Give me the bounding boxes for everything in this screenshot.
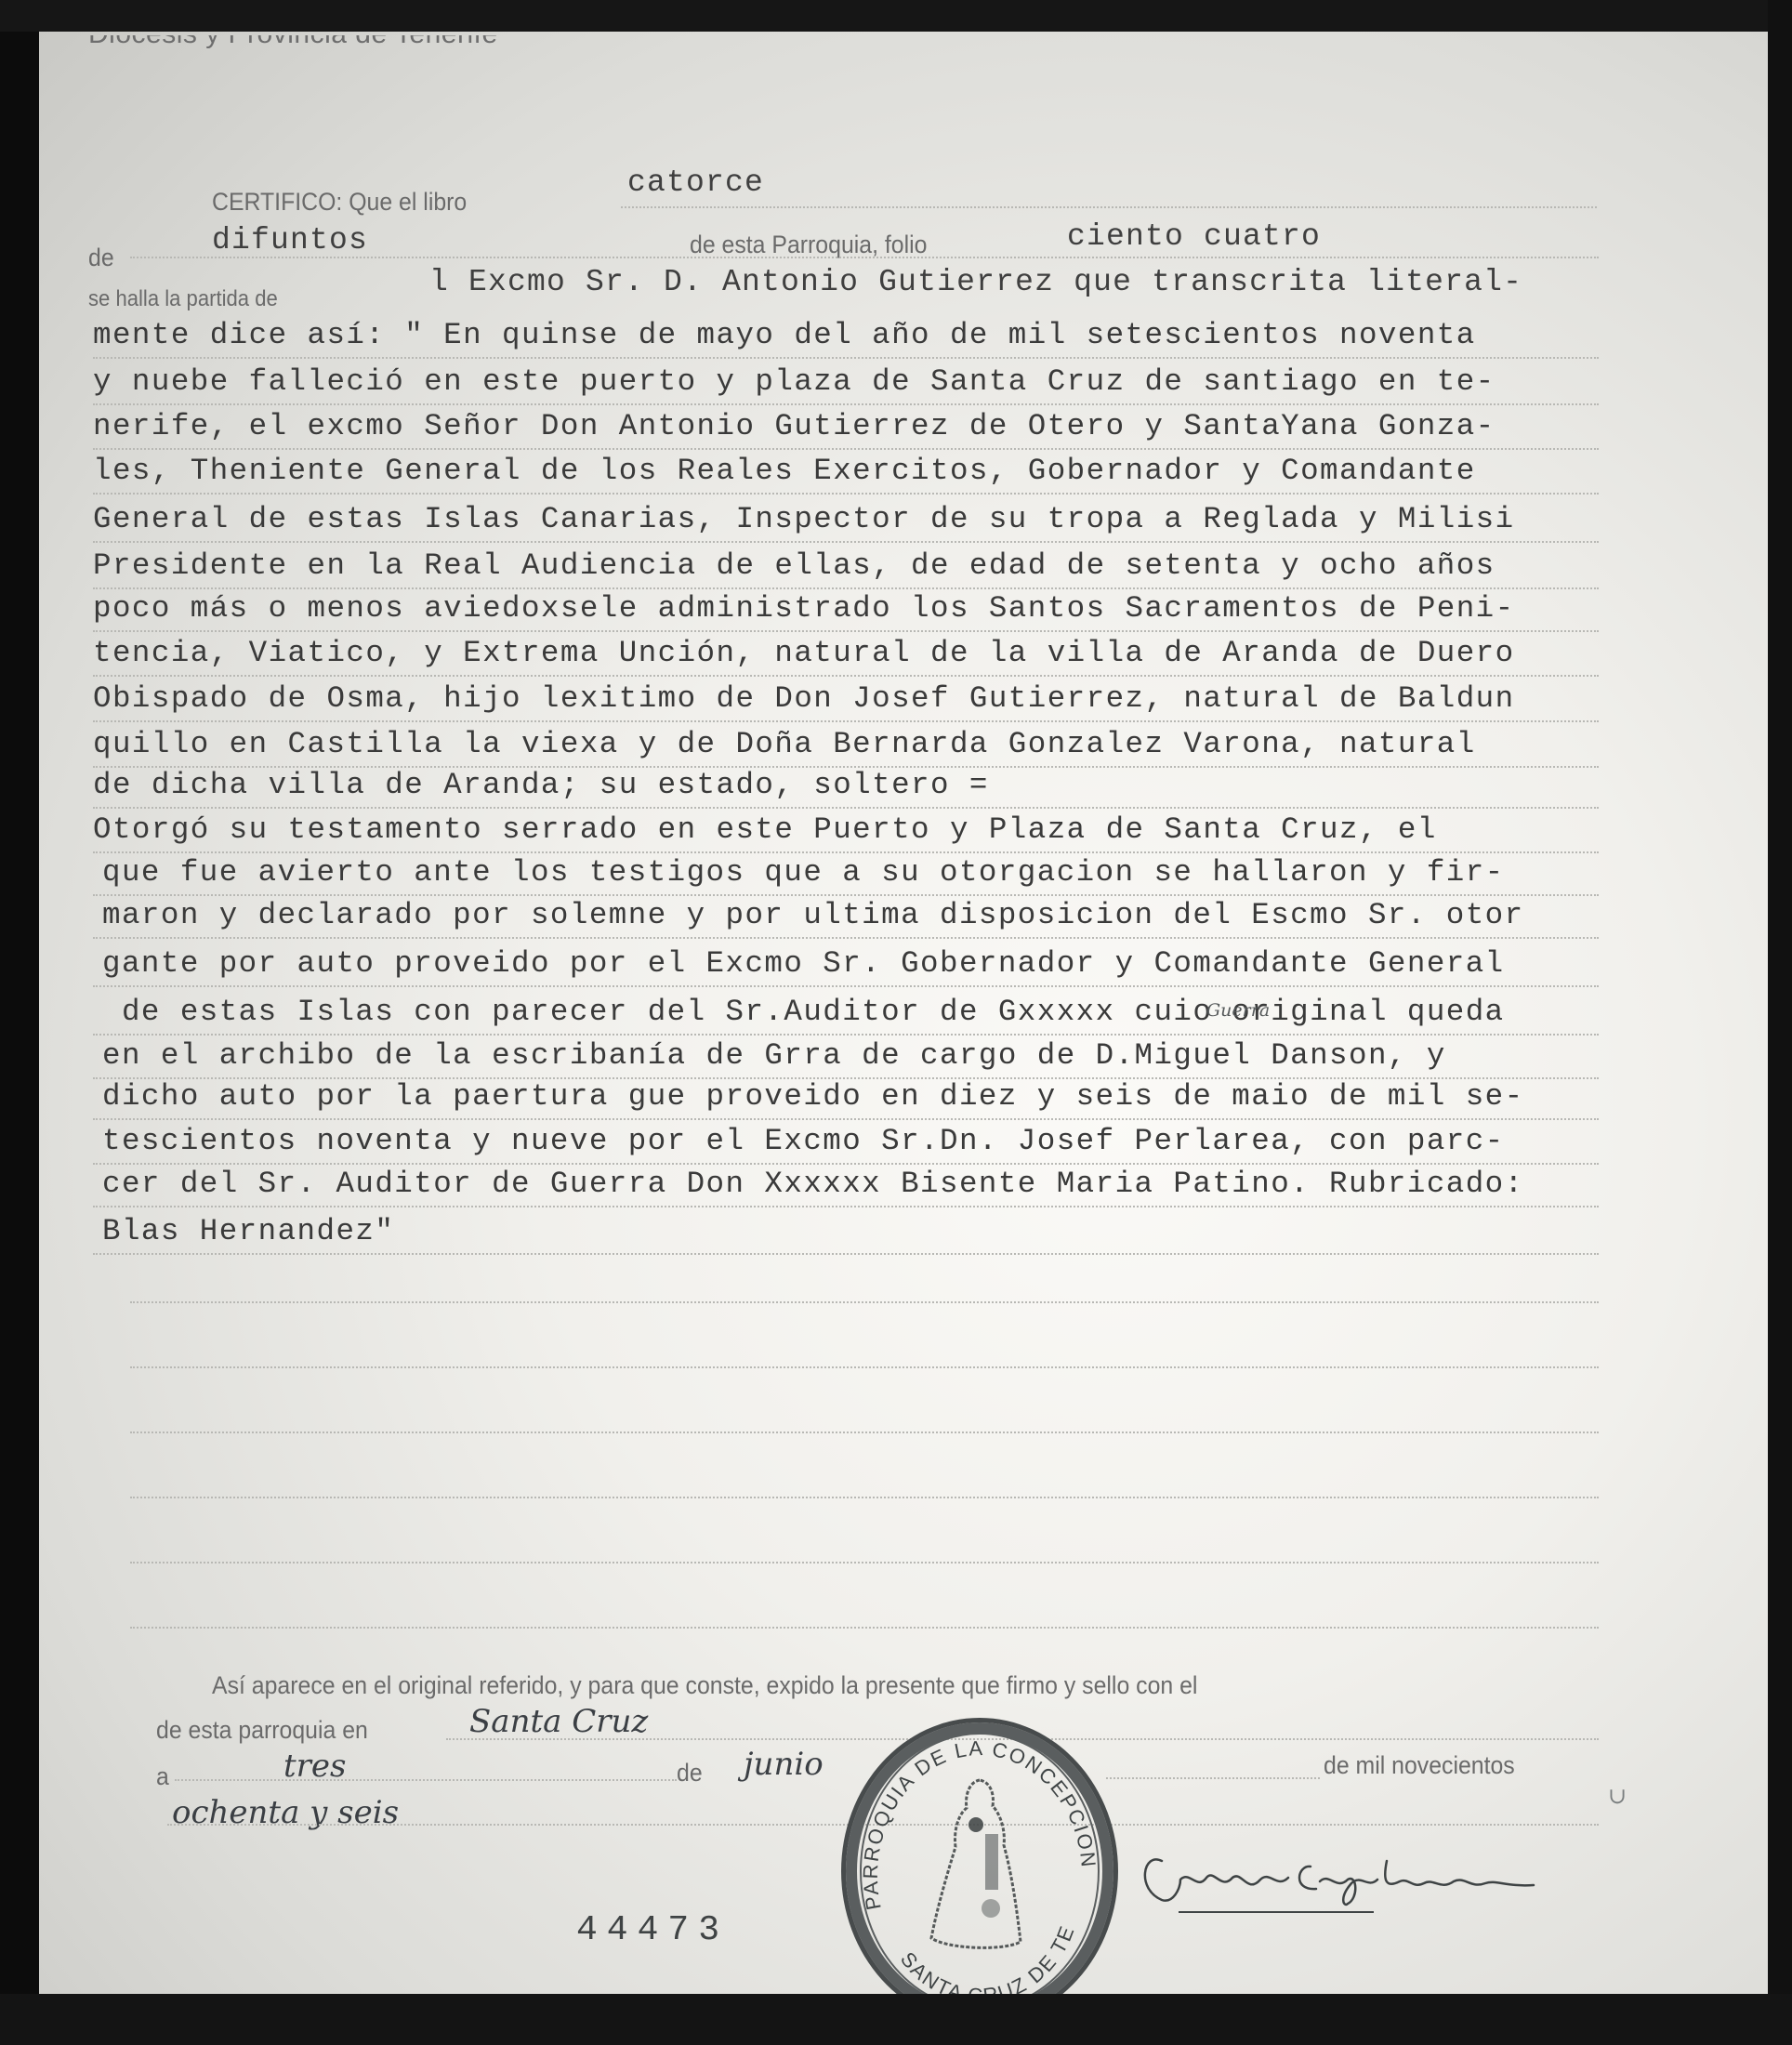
anio-value: ochenta y seis <box>172 1794 399 1831</box>
transcription-line: mente dice así: " En quinse de mayo del … <box>93 318 1476 352</box>
correction-annotation: Guerra <box>1206 1000 1270 1021</box>
ruled-line <box>93 403 1599 405</box>
libro-rule <box>621 206 1597 208</box>
closing-statement: Así aparece en el original referido, y p… <box>212 1671 1495 1700</box>
serial-number: 44473 <box>576 1910 729 1950</box>
ruled-line <box>93 1163 1599 1165</box>
ruled-line <box>93 357 1599 359</box>
scan-top-border <box>0 0 1792 32</box>
ruled-line <box>130 1431 1599 1433</box>
transcription-line: Blas Hernandez" <box>102 1214 394 1248</box>
transcription-line: gante por auto proveido por el Excmo Sr.… <box>102 946 1505 981</box>
certifico-label: CERTIFICO: Que el libro <box>212 188 467 217</box>
transcription-line: poco más o menos aviedoxsele administrad… <box>93 591 1515 626</box>
transcription-line: que fue avierto ante los testigos que a … <box>102 855 1505 890</box>
signature-underline <box>1179 1911 1374 1913</box>
mes-rule <box>1106 1777 1320 1779</box>
transcription-line: y nuebe falleció en este puerto y plaza … <box>93 364 1496 399</box>
de-label: de <box>88 244 114 272</box>
ruled-line <box>93 1118 1599 1120</box>
virgin-figure-icon <box>931 1780 1021 1947</box>
ruled-line <box>130 1562 1599 1563</box>
parroquia-folio-label: de esta Parroquia, folio <box>690 231 927 259</box>
ruled-line <box>130 1497 1599 1498</box>
margin-mark: ∪ <box>1608 1783 1627 1809</box>
scan-bottom-border <box>0 1994 1792 2045</box>
transcription-line: en el archibo de la escribanía de Grra d… <box>102 1038 1446 1073</box>
ruled-line <box>130 1627 1599 1629</box>
libro-tipo-value: difuntos <box>212 223 368 257</box>
transcription-line: quillo en Castilla la viexa y de Doña Be… <box>93 727 1476 761</box>
ruled-line <box>93 630 1599 632</box>
ruled-line <box>93 851 1599 853</box>
ruled-line <box>93 587 1599 589</box>
mes-value: junio <box>744 1746 824 1783</box>
ruled-line <box>93 720 1599 722</box>
transcription-line: les, Theniente General de los Reales Exe… <box>93 454 1476 488</box>
lugar-value: Santa Cruz <box>469 1703 648 1740</box>
ruled-line <box>93 937 1599 939</box>
partida-value: l Excmo Sr. D. Antonio Gutierrez que tra… <box>429 265 1522 299</box>
dia-rule <box>175 1779 677 1781</box>
partida-label: se halla la partida de <box>88 286 278 312</box>
ruled-line <box>93 985 1599 987</box>
libro-value: catorce <box>627 165 764 200</box>
parish-seal: PARROQUIA DE LA CONCEPCION SANTA CRUZ DE… <box>841 1718 1118 2025</box>
ruled-line <box>93 807 1599 809</box>
transcription-line: Obispado de Osma, hijo lexitimo de Don J… <box>93 681 1515 716</box>
ruled-line <box>93 675 1599 677</box>
folio-value: ciento cuatro <box>1067 219 1321 254</box>
transcription-line: maron y declarado por solemne y por ulti… <box>102 898 1524 932</box>
a-label: a <box>156 1762 169 1791</box>
ruled-line <box>93 493 1599 495</box>
folio-rule <box>130 257 1599 258</box>
transcription-line: Otorgó su testamento serrado en este Pue… <box>93 812 1437 847</box>
ruled-line <box>93 894 1599 896</box>
ruled-line <box>93 1206 1599 1207</box>
transcription-line: de estas Islas con parecer del Sr.Audito… <box>102 995 1505 1029</box>
de-mes-label: de <box>677 1759 703 1788</box>
transcription-line: cer del Sr. Auditor de Guerra Don Xxxxxx… <box>102 1167 1524 1201</box>
scan-right-border <box>1768 0 1792 2045</box>
ruled-line <box>93 1253 1599 1255</box>
transcription-line: Presidente en la Real Audiencia de ellas… <box>93 548 1496 583</box>
ruled-line <box>130 1301 1599 1303</box>
ruled-line <box>93 448 1599 450</box>
transcription-line: tescientos noventa y nueve por el Excmo … <box>102 1124 1505 1158</box>
ruled-line <box>93 1034 1599 1036</box>
ruled-line <box>130 1366 1599 1368</box>
ruled-line <box>93 541 1599 543</box>
transcription-line: dicho auto por la paertura gue proveido … <box>102 1079 1524 1114</box>
transcription-line: tencia, Viatico, y Extrema Unción, natur… <box>93 636 1515 670</box>
transcription-line: de dicha villa de Aranda; su estado, sol… <box>93 768 989 802</box>
transcription-line: General de estas Islas Canarias, Inspect… <box>93 502 1515 536</box>
mil-novecientos-label: de mil novecientos <box>1324 1751 1515 1780</box>
parroquia-en-label: de esta parroquia en <box>156 1716 368 1745</box>
transcription-line: nerife, el excmo Señor Don Antonio Gutie… <box>93 409 1496 443</box>
priest-signature <box>1125 1833 1608 1917</box>
